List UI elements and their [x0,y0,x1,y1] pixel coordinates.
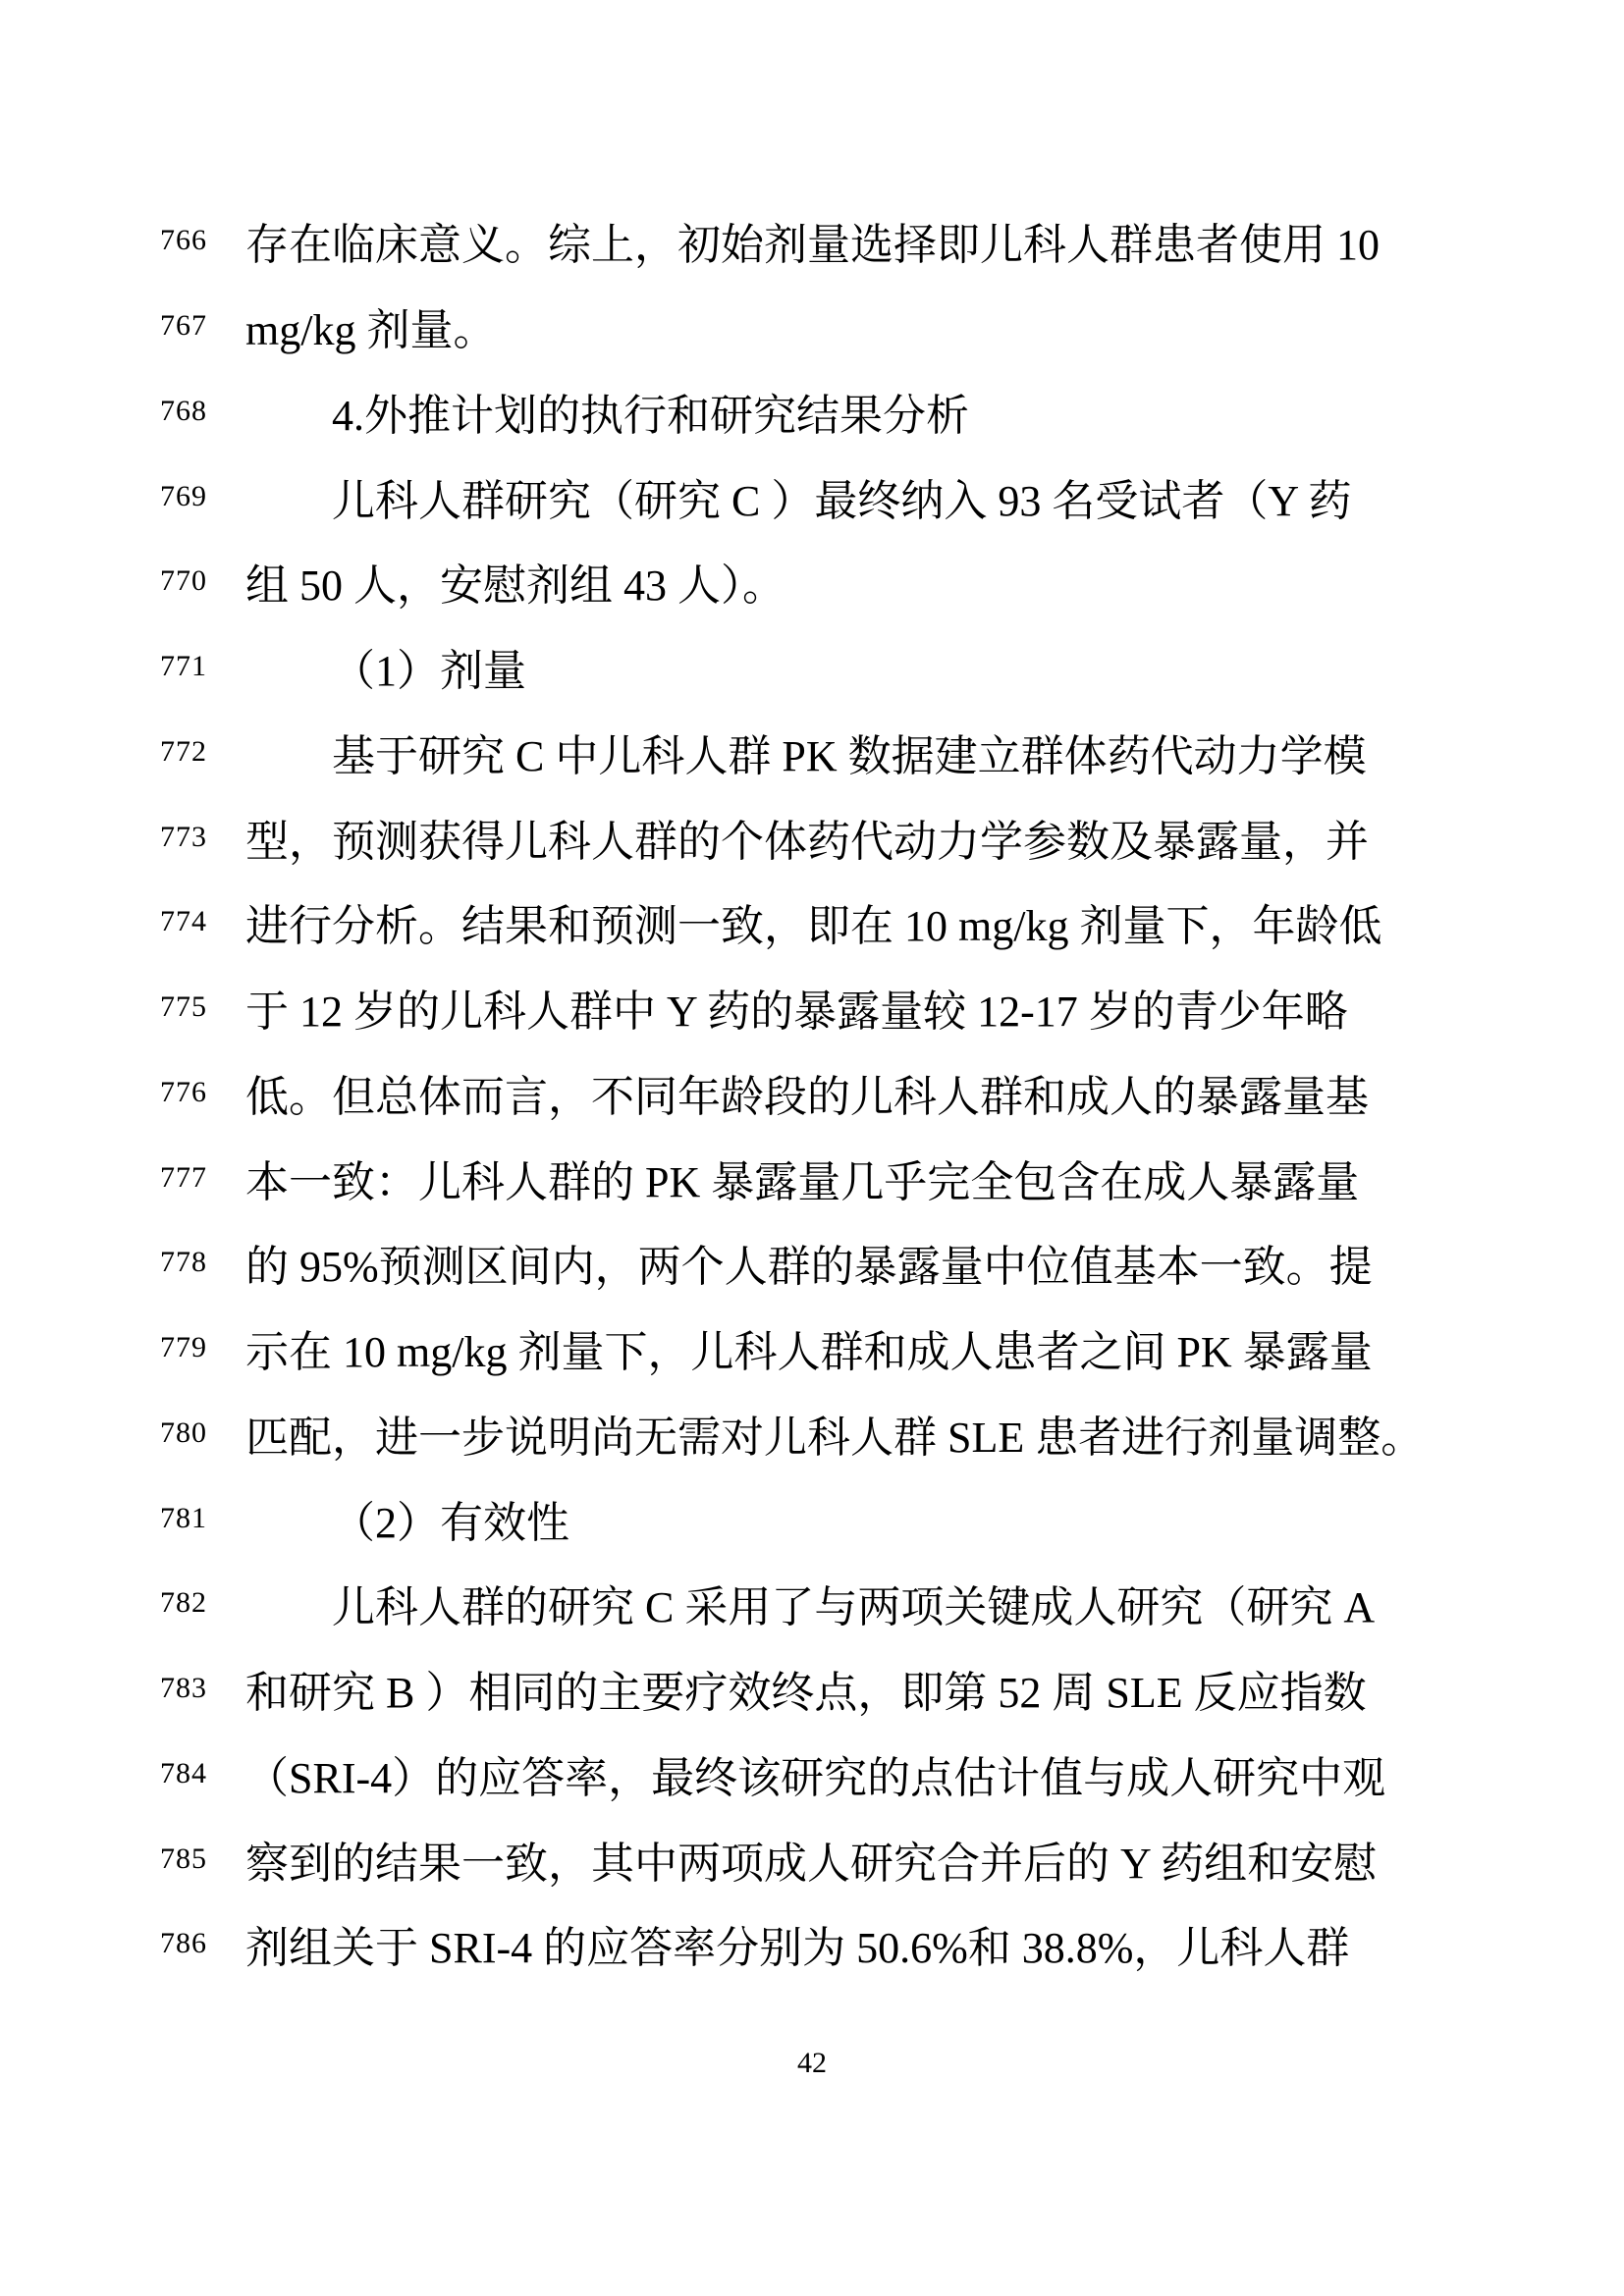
line-text: 进行分析。结果和预测一致，即在 10 mg/kg 剂量下，年龄低 [245,890,1483,953]
line-text: 匹配，进一步说明尚无需对儿科人群 SLE 患者进行剂量调整。 [245,1402,1483,1465]
line-text: 儿科人群的研究 C 采用了与两项关键成人研究（研究 A [245,1572,1569,1634]
document-line: 768 4.外推计划的执行和研究结果分析 [0,369,1624,454]
document-line: 778 的 95%预测区间内，两个人群的暴露量中位值基本一致。提 [0,1220,1624,1306]
line-number: 773 [160,821,207,854]
line-number: 775 [160,990,207,1024]
line-text: （SRI-4）的应答率，最终该研究的点估计值与成人研究中观 [245,1742,1483,1805]
line-text: mg/kg 剂量。 [245,294,1483,357]
document-line: 785 察到的结果一致，其中两项成人研究合并后的 Y 药组和安慰 [0,1816,1624,1901]
line-number: 776 [160,1076,207,1109]
line-text: 存在临床意义。综上，初始剂量选择即儿科人群患者使用 10 [245,209,1483,272]
line-number: 777 [160,1161,207,1195]
line-number: 785 [160,1842,207,1876]
document-line: 784 （SRI-4）的应答率，最终该研究的点估计值与成人研究中观 [0,1732,1624,1817]
line-number: 779 [160,1331,207,1364]
line-number: 780 [160,1416,207,1450]
line-number: 772 [160,735,207,769]
line-text: 和研究 B ）相同的主要疗效终点，即第 52 周 SLE 反应指数 [245,1657,1483,1720]
document-line: 766 存在临床意义。综上，初始剂量选择即儿科人群患者使用 10 [0,198,1624,284]
page-number: 42 [797,2047,827,2079]
line-text: 示在 10 mg/kg 剂量下，儿科人群和成人患者之间 PK 暴露量 [245,1316,1483,1379]
line-text: 低。但总体而言，不同年龄段的儿科人群和成人的暴露量基 [245,1061,1483,1124]
line-number: 781 [160,1502,207,1535]
line-number: 769 [160,480,207,513]
document-line: 782 儿科人群的研究 C 采用了与两项关键成人研究（研究 A [0,1561,1624,1646]
document-line: 776 低。但总体而言，不同年龄段的儿科人群和成人的暴露量基 [0,1050,1624,1136]
document-line: 775 于 12 岁的儿科人群中 Y 药的暴露量较 12-17 岁的青少年略 [0,965,1624,1050]
document-line: 769 儿科人群研究（研究 C ）最终纳入 93 名受试者（Y 药 [0,454,1624,539]
document-page: 766 存在临床意义。综上，初始剂量选择即儿科人群患者使用 10 767 mg/… [0,0,1624,2296]
line-number: 767 [160,309,207,343]
document-line: 779 示在 10 mg/kg 剂量下，儿科人群和成人患者之间 PK 暴露量 [0,1306,1624,1391]
line-text: 型，预测获得儿科人群的个体药代动力学参数及暴露量，并 [245,806,1483,869]
line-number: 768 [160,395,207,428]
document-line: 777 本一致：儿科人群的 PK 暴露量几乎完全包含在成人暴露量 [0,1135,1624,1220]
document-line: 786 剂组关于 SRI-4 的应答率分别为 50.6%和 38.8%，儿科人群 [0,1901,1624,1987]
document-line: 780 匹配，进一步说明尚无需对儿科人群 SLE 患者进行剂量调整。 [0,1391,1624,1476]
page-footer: 42 [0,2047,1624,2080]
line-text: （2）有效性 [245,1487,1569,1550]
line-number: 784 [160,1757,207,1790]
line-text: 组 50 人，安慰剂组 43 人）。 [245,550,1483,613]
line-text: 4.外推计划的执行和研究结果分析 [245,380,1569,443]
document-line: 767 mg/kg 剂量。 [0,284,1624,369]
line-number: 782 [160,1586,207,1620]
line-text: 的 95%预测区间内，两个人群的暴露量中位值基本一致。提 [245,1231,1483,1294]
line-number: 774 [160,905,207,938]
document-line: 770 组 50 人，安慰剂组 43 人）。 [0,539,1624,624]
line-number: 766 [160,224,207,257]
document-line: 774 进行分析。结果和预测一致，即在 10 mg/kg 剂量下，年龄低 [0,880,1624,965]
line-number: 771 [160,650,207,683]
line-number: 783 [160,1672,207,1705]
line-number: 786 [160,1927,207,1960]
line-number: 778 [160,1246,207,1279]
document-line: 781 （2）有效性 [0,1475,1624,1561]
line-text: 本一致：儿科人群的 PK 暴露量几乎完全包含在成人暴露量 [245,1147,1483,1209]
line-text: 察到的结果一致，其中两项成人研究合并后的 Y 药组和安慰 [245,1828,1483,1891]
line-number: 770 [160,564,207,598]
line-text: 儿科人群研究（研究 C ）最终纳入 93 名受试者（Y 药 [245,465,1569,528]
document-line: 773 型，预测获得儿科人群的个体药代动力学参数及暴露量，并 [0,794,1624,880]
line-text: 剂组关于 SRI-4 的应答率分别为 50.6%和 38.8%，儿科人群 [245,1912,1483,1975]
line-text: （1）剂量 [245,635,1569,698]
document-body: 766 存在临床意义。综上，初始剂量选择即儿科人群患者使用 10 767 mg/… [0,198,1624,1987]
document-line: 771 （1）剂量 [0,624,1624,710]
line-text: 于 12 岁的儿科人群中 Y 药的暴露量较 12-17 岁的青少年略 [245,976,1483,1039]
document-line: 783 和研究 B ）相同的主要疗效终点，即第 52 周 SLE 反应指数 [0,1646,1624,1732]
document-line: 772 基于研究 C 中儿科人群 PK 数据建立群体药代动力学模 [0,710,1624,795]
line-text: 基于研究 C 中儿科人群 PK 数据建立群体药代动力学模 [245,721,1569,783]
